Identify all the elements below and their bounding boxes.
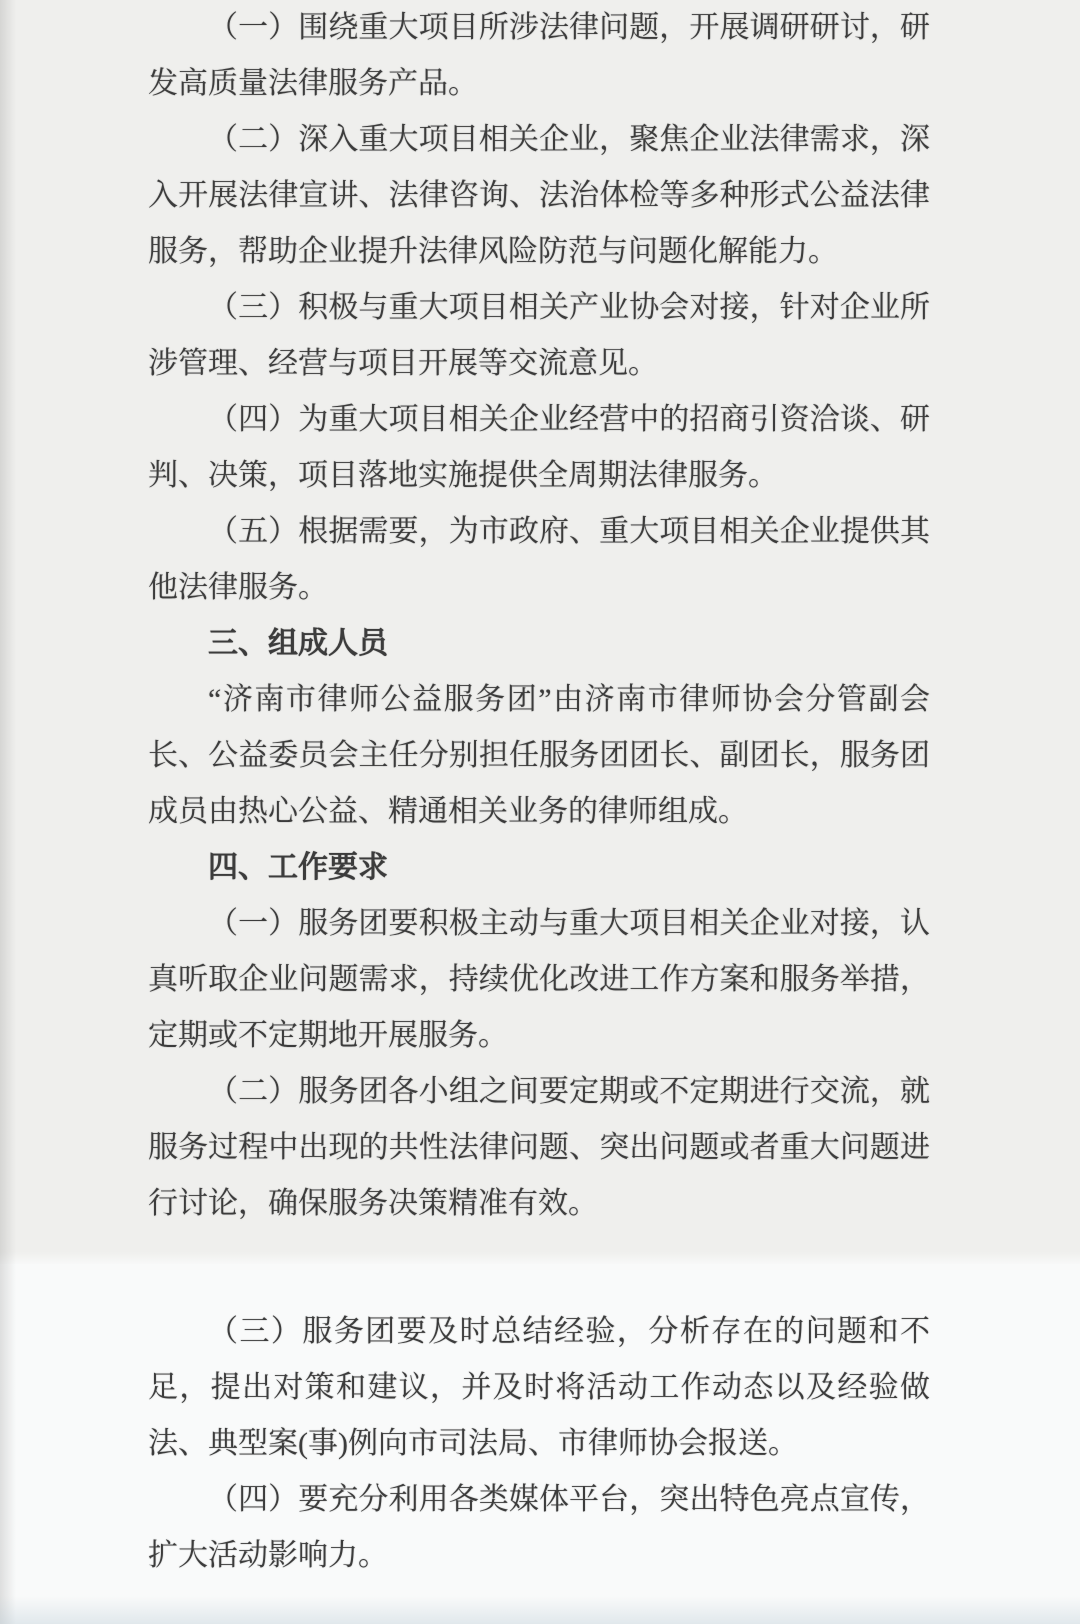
text-column-lower: （三）服务团要及时总结经验，分析存在的问题和不足，提出对策和建议，并及时将活动工… xyxy=(148,1264,930,1584)
paragraph-req-2: （二）服务团各小组之间要定期或不定期进行交流，就服务过程中出现的共性法律问题、突… xyxy=(148,1064,930,1232)
paragraph-item-5: （五）根据需要，为市政府、重大项目相关企业提供其他法律服务。 xyxy=(148,504,930,616)
document-section-lower: （三）服务团要及时总结经验，分析存在的问题和不足，提出对策和建议，并及时将活动工… xyxy=(0,1264,1080,1624)
section-heading-four: 四、工作要求 xyxy=(148,840,930,896)
paragraph-item-3: （三）积极与重大项目相关产业协会对接，针对企业所涉管理、经营与项目开展等交流意见… xyxy=(148,280,930,392)
document-page: （一）围绕重大项目所涉法律问题，开展调研研讨，研发高质量法律服务产品。 （二）深… xyxy=(0,0,1080,1624)
document-section-upper: （一）围绕重大项目所涉法律问题，开展调研研讨，研发高质量法律服务产品。 （二）深… xyxy=(0,0,1080,1264)
paragraph-item-4: （四）为重大项目相关企业经营中的招商引资洽谈、研判、决策，项目落地实施提供全周期… xyxy=(148,392,930,504)
section-heading-three: 三、组成人员 xyxy=(148,616,930,672)
paragraph-req-4: （四）要充分利用各类媒体平台，突出特色亮点宣传，扩大活动影响力。 xyxy=(148,1472,930,1584)
text-column-upper: （一）围绕重大项目所涉法律问题，开展调研研讨，研发高质量法律服务产品。 （二）深… xyxy=(148,0,930,1232)
paragraph-req-1: （一）服务团要积极主动与重大项目相关企业对接，认真听取企业问题需求，持续优化改进… xyxy=(148,896,930,1064)
paragraph-req-3: （三）服务团要及时总结经验，分析存在的问题和不足，提出对策和建议，并及时将活动工… xyxy=(148,1304,930,1472)
paragraph-membership: “济南市律师公益服务团”由济南市律师协会分管副会长、公益委员会主任分别担任服务团… xyxy=(148,672,930,840)
paragraph-item-1: （一）围绕重大项目所涉法律问题，开展调研研讨，研发高质量法律服务产品。 xyxy=(148,0,930,112)
paragraph-item-2: （二）深入重大项目相关企业，聚焦企业法律需求，深入开展法律宣讲、法律咨询、法治体… xyxy=(148,112,930,280)
